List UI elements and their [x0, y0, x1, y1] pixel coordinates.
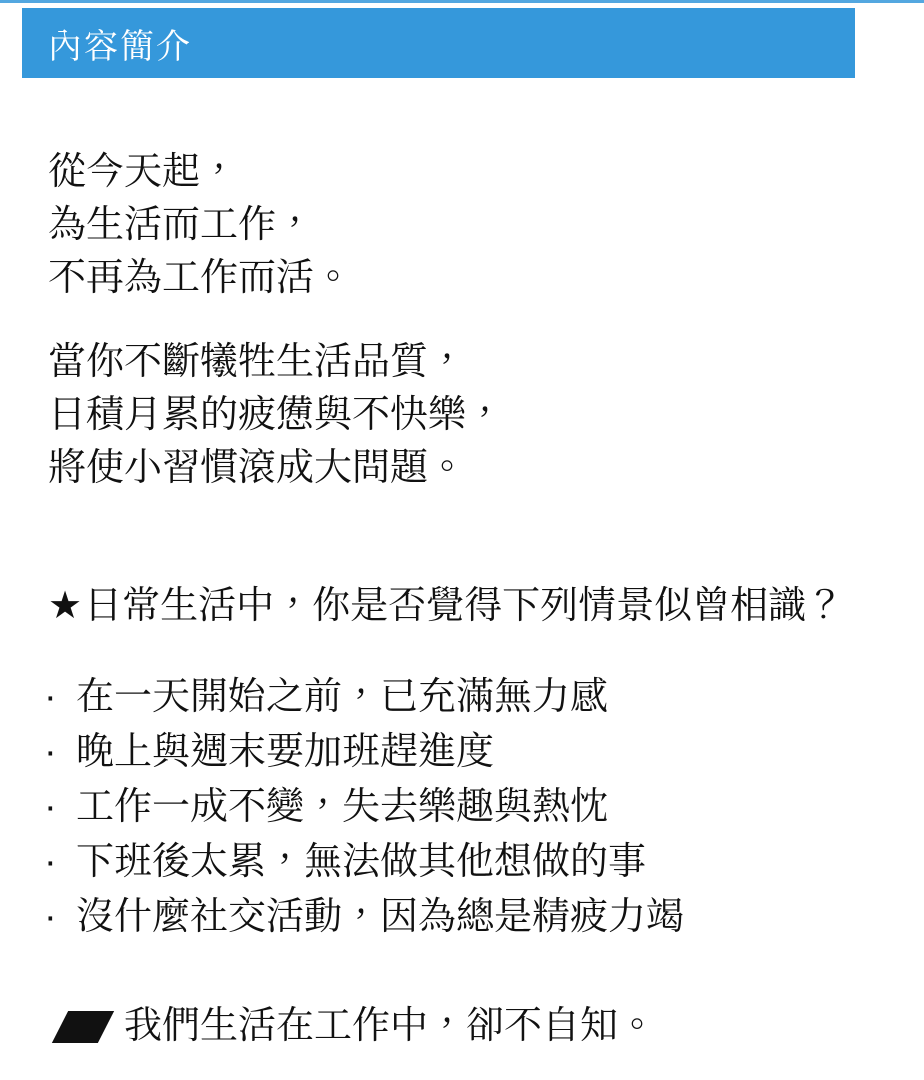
list-item-text: 在一天開始之前，已充滿無力感 [76, 670, 608, 725]
list-item: · 在一天開始之前，已充滿無力感 [44, 670, 684, 725]
list-item-text: 工作一成不變，失去樂趣與熱忱 [76, 780, 608, 835]
list-item-text: 下班後太累，無法做其他想做的事 [76, 835, 646, 890]
warning-line: 當你不斷犧牲生活品質， [48, 336, 504, 389]
top-border-line [0, 0, 924, 3]
list-item: · 工作一成不變，失去樂趣與熱忱 [44, 780, 684, 835]
intro-paragraph: 從今天起， 為生活而工作， 不再為工作而活。 [48, 146, 352, 305]
list-item: · 下班後太累，無法做其他想做的事 [44, 835, 684, 890]
question-text: 日常生活中，你是否覺得下列情景似曾相識？ [84, 585, 844, 627]
bullet-dot-icon: · [44, 835, 76, 890]
list-item-text: 晚上與週末要加班趕進度 [76, 725, 494, 780]
parallelogram-icon [52, 1011, 114, 1043]
bullet-dot-icon: · [44, 725, 76, 780]
conclusion-text: 我們生活在工作中，卻不自知。 [124, 1000, 656, 1053]
section-header-bar: 內容簡介 [22, 8, 855, 78]
warning-paragraph: 當你不斷犧牲生活品質， 日積月累的疲憊與不快樂， 將使小習慣滾成大問題。 [48, 336, 504, 495]
bullet-dot-icon: · [44, 890, 76, 945]
conclusion-line: 我們生活在工作中，卻不自知。 [48, 1000, 656, 1053]
bullet-dot-icon: · [44, 780, 76, 835]
section-title: 內容簡介 [48, 19, 192, 68]
list-item-text: 沒什麼社交活動，因為總是精疲力竭 [76, 890, 684, 945]
list-item: · 晚上與週末要加班趕進度 [44, 725, 684, 780]
intro-line: 從今天起， [48, 146, 352, 199]
star-icon: ★ [48, 585, 82, 627]
book-intro-page: 內容簡介 從今天起， 為生活而工作， 不再為工作而活。 當你不斷犧牲生活品質， … [0, 0, 924, 1080]
warning-line: 將使小習慣滾成大問題。 [48, 442, 504, 495]
intro-line: 為生活而工作， [48, 199, 352, 252]
intro-line: 不再為工作而活。 [48, 252, 352, 305]
question-heading: ★日常生活中，你是否覺得下列情景似曾相識？ [48, 580, 844, 633]
bullet-dot-icon: · [44, 670, 76, 725]
warning-line: 日積月累的疲憊與不快樂， [48, 389, 504, 442]
scenario-list: · 在一天開始之前，已充滿無力感 · 晚上與週末要加班趕進度 · 工作一成不變，… [44, 670, 684, 945]
list-item: · 沒什麼社交活動，因為總是精疲力竭 [44, 890, 684, 945]
